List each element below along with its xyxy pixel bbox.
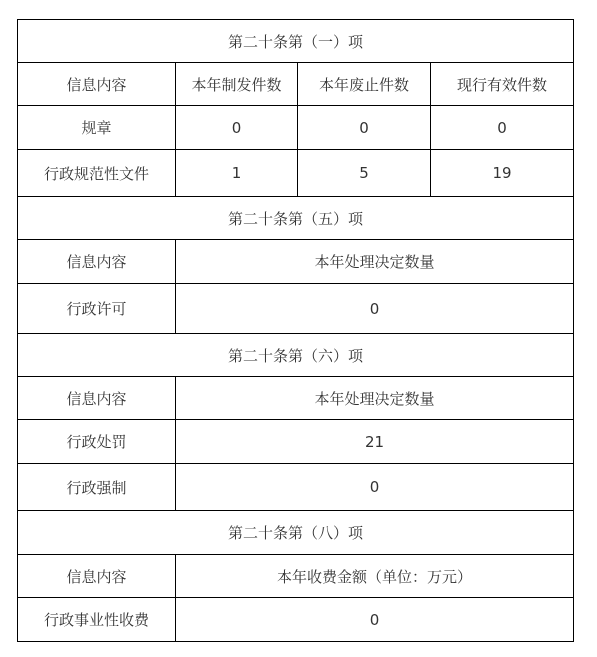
header-row: 信息内容 本年处理决定数量: [18, 377, 574, 420]
header-fee-amount: 本年收费金额（单位：万元）: [176, 555, 574, 598]
cell-value: 0: [176, 106, 298, 150]
table-row: 行政处罚 21: [18, 420, 574, 464]
cell-value: 0: [298, 106, 431, 150]
table-row: 行政规范性文件 1 5 19: [18, 150, 574, 197]
cell-value: 0: [431, 106, 574, 150]
row-label: 规章: [18, 106, 176, 150]
row-label: 行政规范性文件: [18, 150, 176, 197]
section-title: 第二十条第（一）项: [18, 20, 574, 63]
cell-value: 0: [176, 284, 574, 334]
section-title-row: 第二十条第（五）项: [18, 197, 574, 240]
header-repealed-count: 本年废止件数: [298, 63, 431, 106]
cell-value: 19: [431, 150, 574, 197]
header-info-content: 信息内容: [18, 555, 176, 598]
header-row: 信息内容 本年制发件数 本年废止件数 现行有效件数: [18, 63, 574, 106]
section-title-row: 第二十条第（八）项: [18, 511, 574, 555]
cell-value: 1: [176, 150, 298, 197]
header-info-content: 信息内容: [18, 63, 176, 106]
table-row: 行政强制 0: [18, 464, 574, 511]
header-info-content: 信息内容: [18, 377, 176, 420]
section-title: 第二十条第（五）项: [18, 197, 574, 240]
row-label: 行政许可: [18, 284, 176, 334]
header-row: 信息内容 本年收费金额（单位：万元）: [18, 555, 574, 598]
header-info-content: 信息内容: [18, 240, 176, 284]
header-valid-count: 现行有效件数: [431, 63, 574, 106]
header-decision-count: 本年处理决定数量: [176, 240, 574, 284]
table-row: 行政事业性收费 0: [18, 598, 574, 642]
section-title-row: 第二十条第（一）项: [18, 20, 574, 63]
header-row: 信息内容 本年处理决定数量: [18, 240, 574, 284]
row-label: 行政事业性收费: [18, 598, 176, 642]
section-title-row: 第二十条第（六）项: [18, 334, 574, 377]
cell-value: 21: [176, 420, 574, 464]
table-row: 行政许可 0: [18, 284, 574, 334]
cell-value: 0: [176, 464, 574, 511]
cell-value: 0: [176, 598, 574, 642]
row-label: 行政处罚: [18, 420, 176, 464]
section-title: 第二十条第（八）项: [18, 511, 574, 555]
header-issued-count: 本年制发件数: [176, 63, 298, 106]
government-info-disclosure-table: 第二十条第（一）项 信息内容 本年制发件数 本年废止件数 现行有效件数 规章 0…: [17, 19, 574, 642]
row-label: 行政强制: [18, 464, 176, 511]
section-title: 第二十条第（六）项: [18, 334, 574, 377]
table-row: 规章 0 0 0: [18, 106, 574, 150]
cell-value: 5: [298, 150, 431, 197]
header-decision-count: 本年处理决定数量: [176, 377, 574, 420]
